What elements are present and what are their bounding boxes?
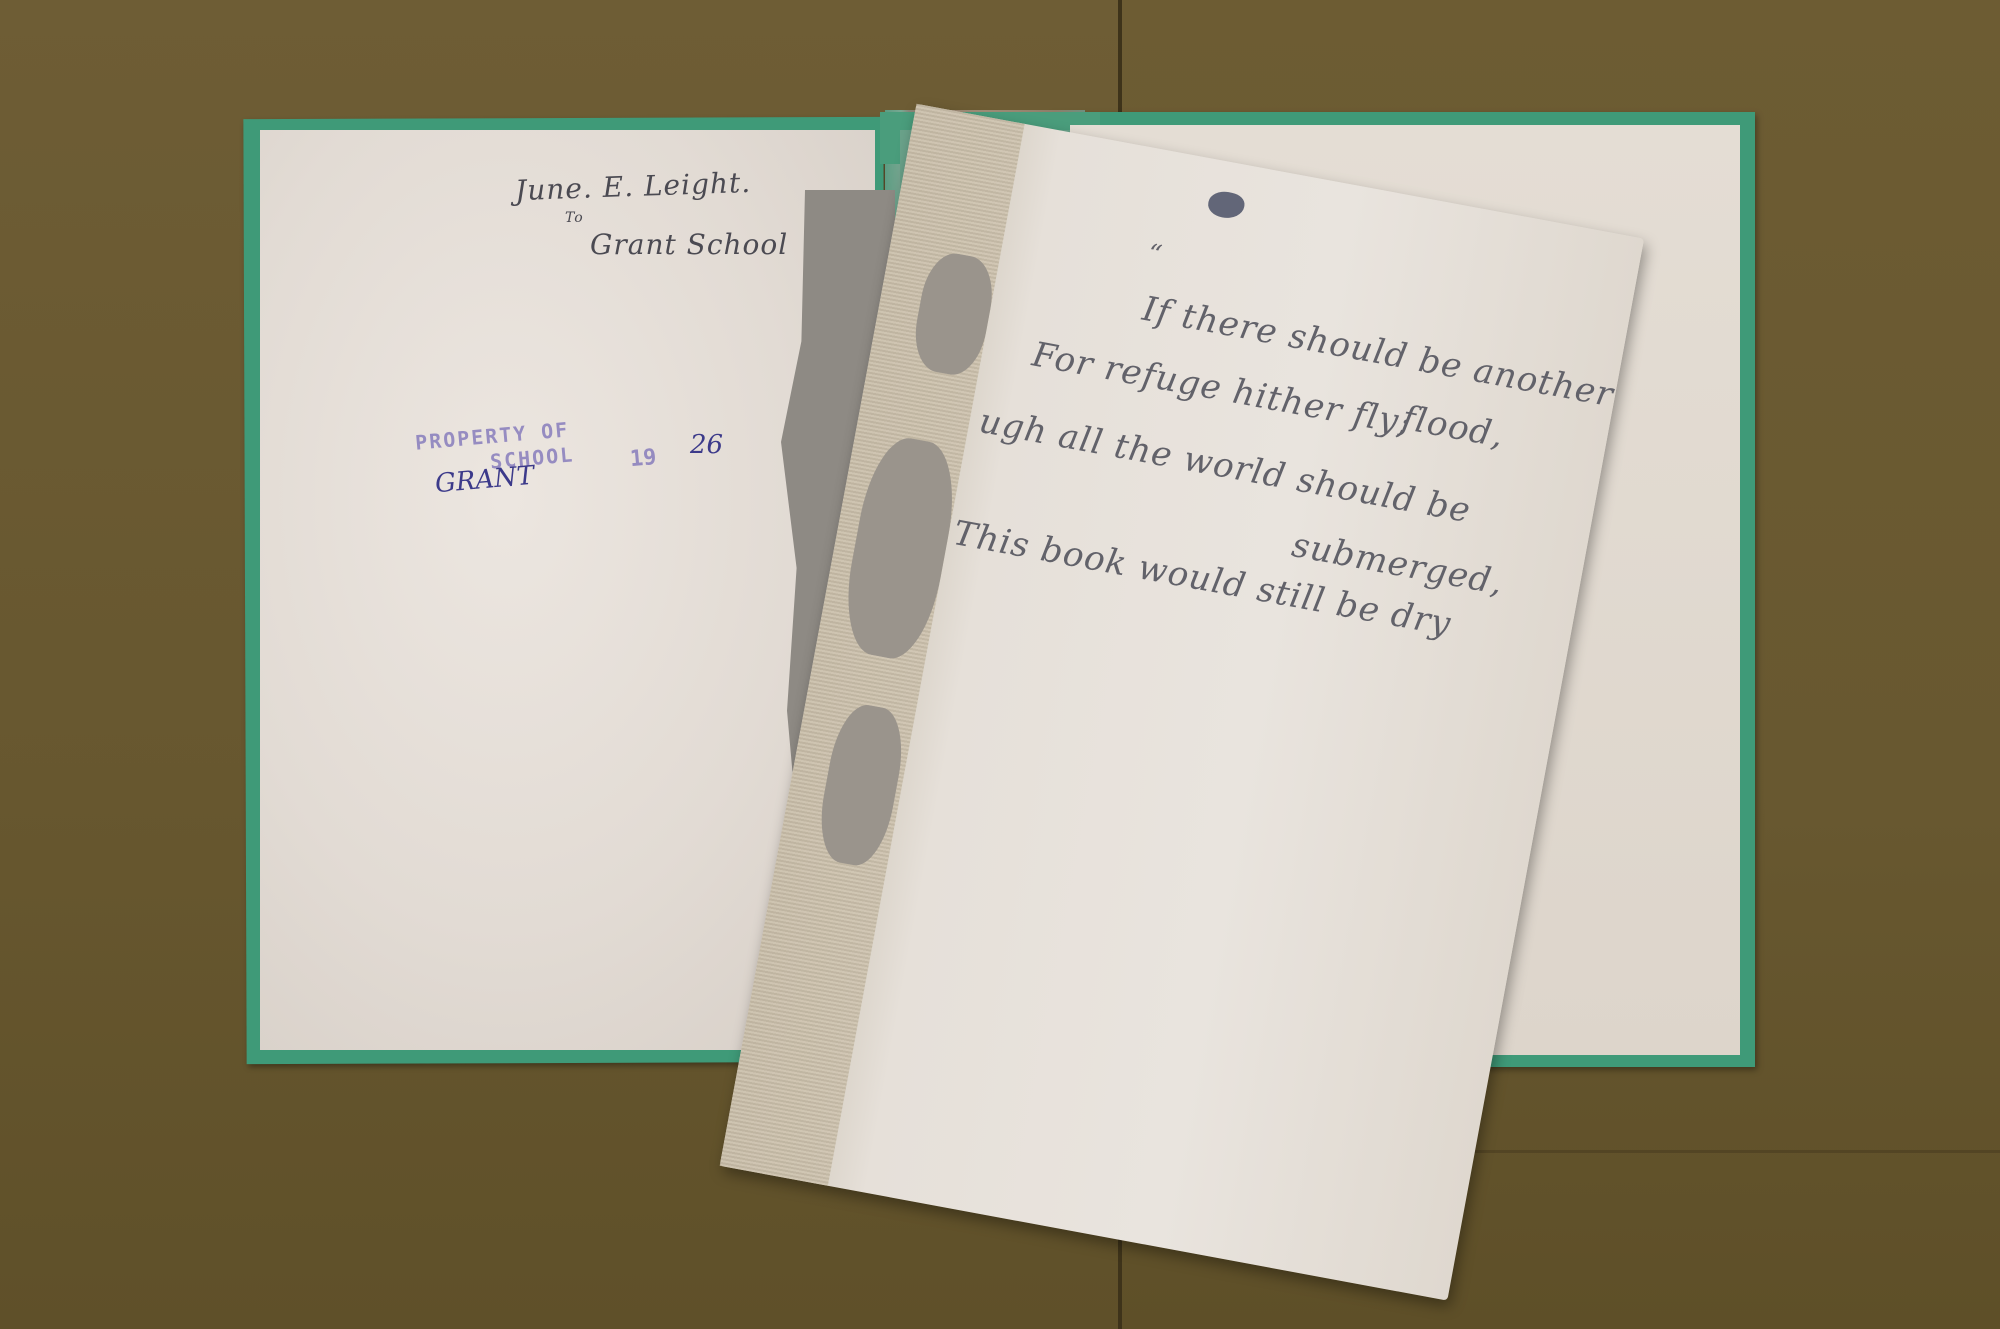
verse-line-1-cont: flood, [1399, 398, 1508, 456]
ink-blot [1206, 189, 1246, 221]
verse-open-quote: “ [1145, 239, 1165, 271]
pen-overwrite-year: 26 [690, 430, 723, 460]
property-stamp-year: 19 [629, 445, 658, 472]
owner-inscription-recipient: Grant School [590, 228, 788, 261]
owner-inscription-to: To [565, 210, 584, 226]
